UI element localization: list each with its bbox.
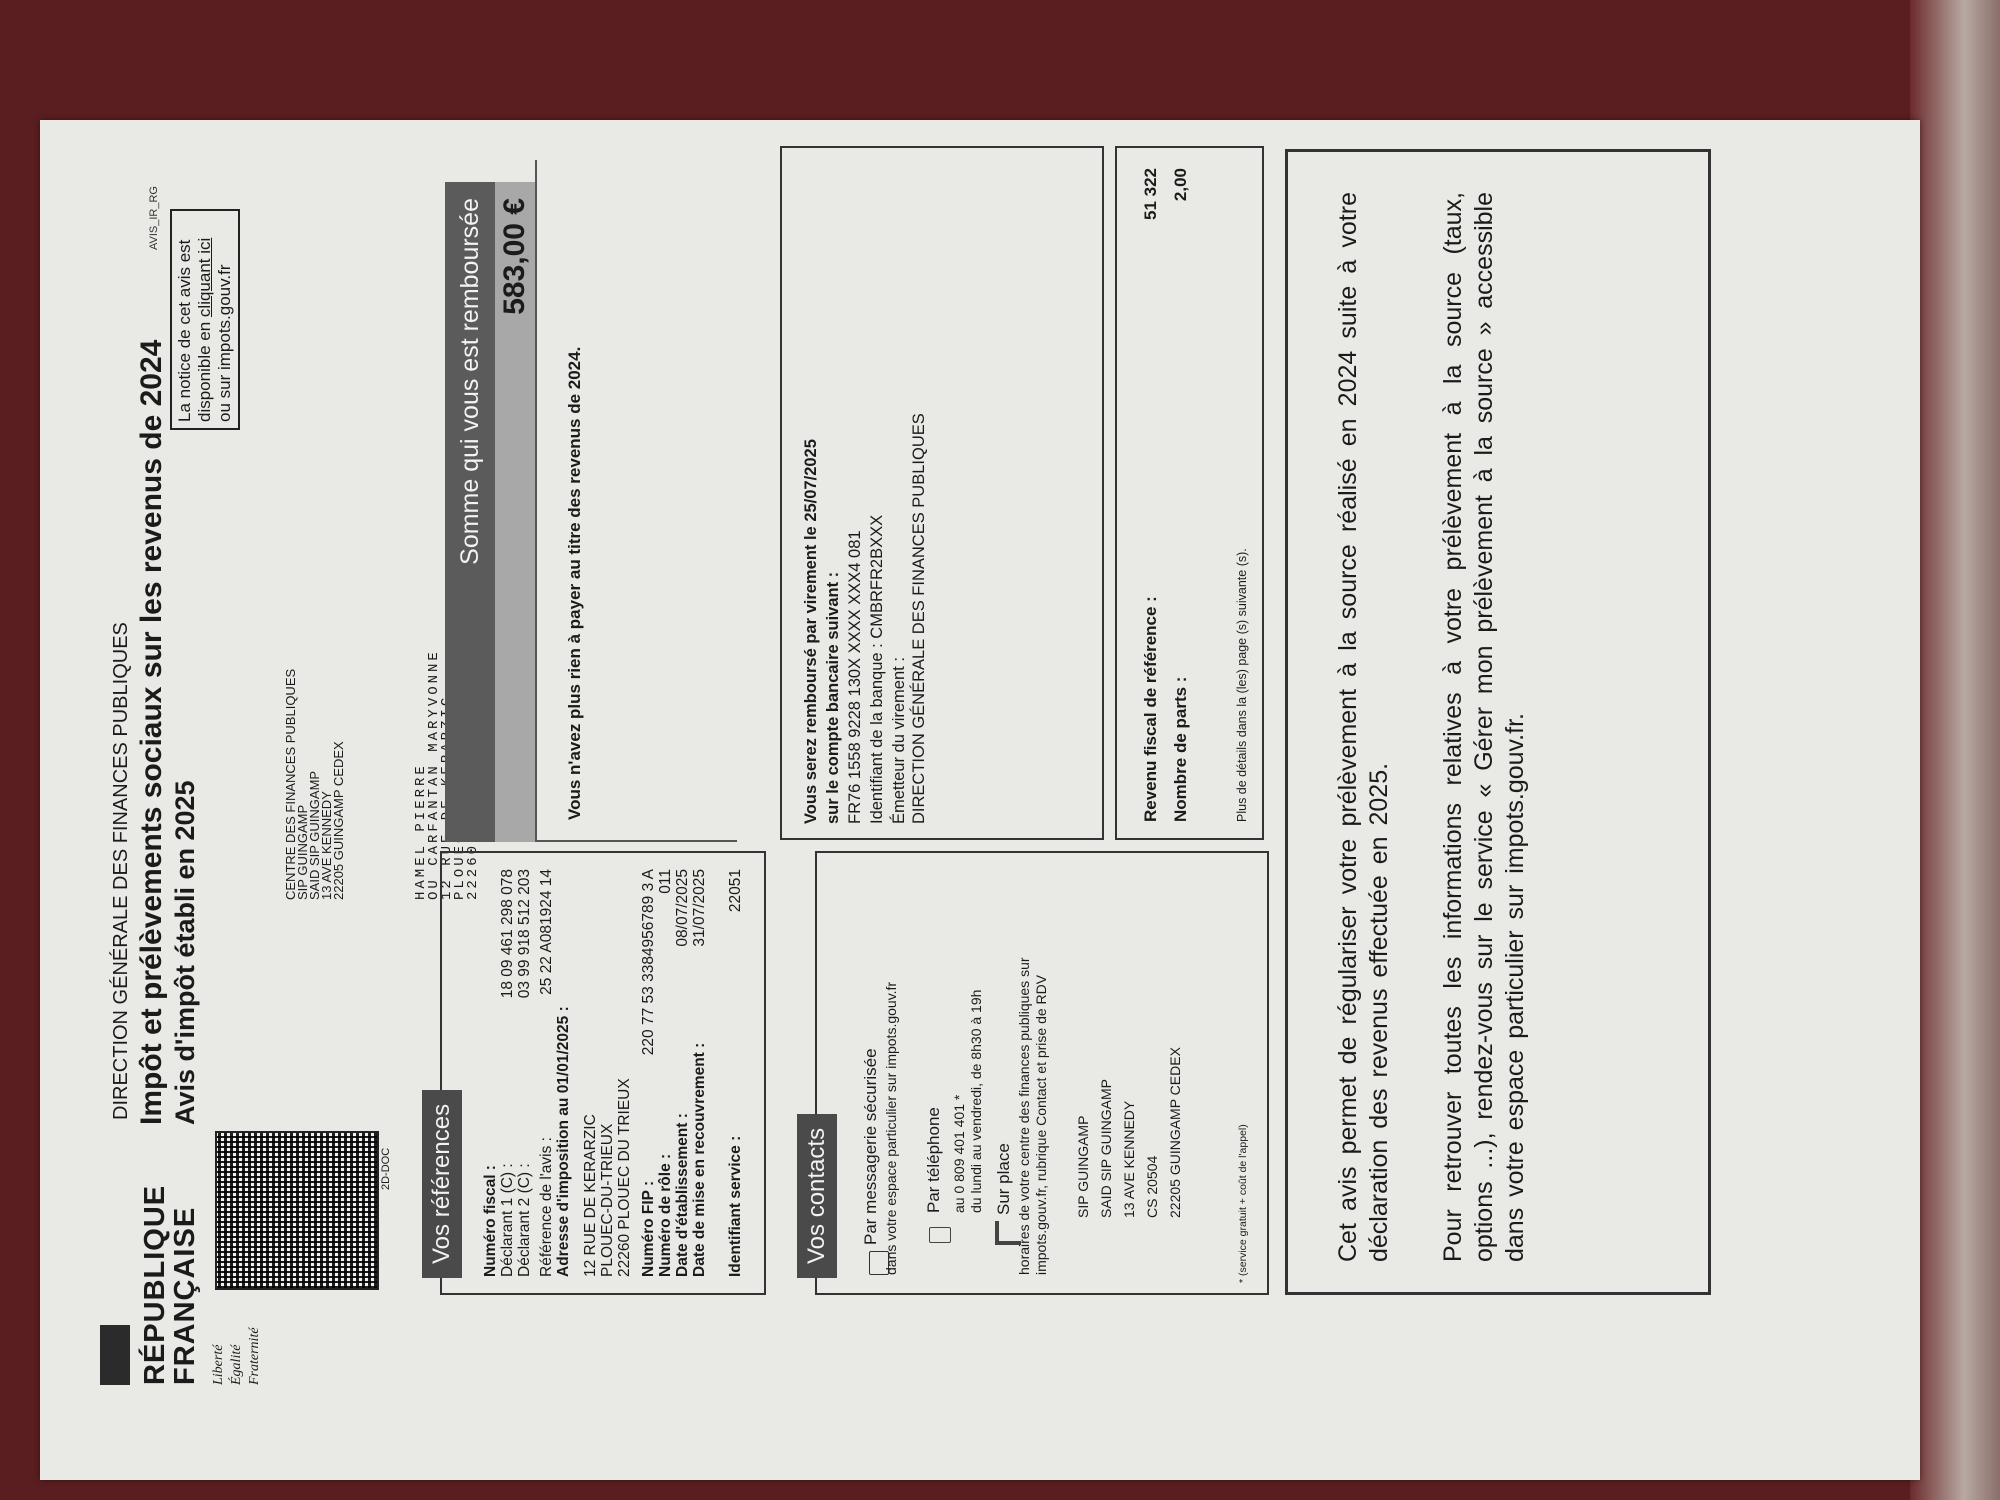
- adresse-line: PLOUEC-DU-TRIEUX: [599, 1124, 616, 1277]
- telephone-number[interactable]: au 0 809 401 401 *: [950, 1095, 968, 1213]
- motto-liberte: Liberté: [210, 1327, 228, 1385]
- marianne-logo-icon: [100, 1325, 130, 1385]
- barcode-label: 2D-DOC: [380, 1148, 392, 1190]
- service-label: Identifiant service :: [727, 1136, 744, 1277]
- office-line: CS 20504: [1141, 1047, 1164, 1218]
- numero-fiscal-label: Numéro fiscal :: [482, 1165, 499, 1277]
- fip-label: Numéro FIP :: [640, 1181, 657, 1277]
- adresse-imposition-label: Adresse d'imposition au 01/01/2025 :: [555, 1006, 572, 1277]
- place-title: Sur place: [995, 1143, 1013, 1215]
- logo-line1: RÉPUBLIQUE: [140, 1185, 170, 1385]
- document-rotated: RÉPUBLIQUE FRANÇAISE Liberté Égalité Fra…: [20, 0, 2000, 1490]
- fip-value: 220 77 53 3384956789 3 A: [640, 869, 657, 1055]
- summary-paragraph-1: Cet avis permet de régulariser votre pré…: [1333, 192, 1395, 1262]
- office-line: 13 AVE KENNEDY: [1118, 1047, 1141, 1218]
- agency-name: DIRECTION GÉNÉRALE DES FINANCES PUBLIQUE…: [110, 622, 133, 1120]
- office-address: SIP GUINGAMP SAID SIP GUINGAMP 13 AVE KE…: [1072, 1047, 1187, 1218]
- 2d-doc-barcode-icon: [215, 1131, 379, 1290]
- iban-value: FR76 1558 9228 130X XXXX XXX4 081: [846, 530, 864, 824]
- transfer-account-text: sur le compte bancaire suivant :: [824, 572, 842, 824]
- notice-line1: La notice de cet avis est: [175, 217, 195, 422]
- document-subtitle: Avis d'impôt établi en 2025: [170, 780, 201, 1125]
- etablissement-value: 08/07/2025: [674, 869, 691, 947]
- contacts-footnote: * (service gratuit + coût de l'appel): [1237, 1124, 1249, 1283]
- transfer-panel: Vous serez remboursé par virement le 25/…: [780, 146, 1104, 840]
- adresse-line: 22260 PLOUEC DU TRIEUX: [616, 1078, 633, 1277]
- office-line: SIP GUINGAMP: [1072, 1047, 1095, 1218]
- motto: Liberté Égalité Fraternité: [210, 1327, 264, 1385]
- parts-label: Nombre de parts :: [1172, 677, 1190, 822]
- notice-link[interactable]: cliquant ici: [195, 238, 214, 317]
- rfr-value: 51 322: [1142, 168, 1160, 220]
- references-title: Vos références: [422, 1090, 462, 1278]
- bank-id: Identifiant de la banque : CMBRFR2BXXX: [868, 515, 886, 824]
- telephone-title: Par téléphone: [925, 1107, 943, 1213]
- telephone-hours: du lundi au vendredi, de 8h30 à 19h: [967, 990, 985, 1213]
- place-text2: impots.gouv.fr, rubrique Contact et pris…: [1032, 975, 1050, 1275]
- rfr-label: Revenu fiscal de référence :: [1142, 596, 1160, 822]
- notice-line2: disponible en cliquant ici: [195, 217, 215, 422]
- nothing-to-pay-text: Vous n'avez plus rien à payer au titre d…: [565, 347, 585, 820]
- summary-box: Cet avis permet de régulariser votre pré…: [1285, 149, 1711, 1295]
- emitter-value: DIRECTION GÉNÉRALE DES FINANCES PUBLIQUE…: [910, 413, 928, 824]
- details-note: Plus de détails dans la (les) page (s) s…: [1235, 548, 1249, 822]
- notice-line3: ou sur impots.gouv.fr: [215, 217, 235, 422]
- form-code: AVIS_IR_RG: [148, 186, 160, 250]
- logo-line2: FRANÇAISE: [170, 1185, 200, 1385]
- summary-paragraph-2: Pour retrouver toutes les informations r…: [1438, 192, 1531, 1262]
- references-panel: Vos références Numéro fiscal : Déclarant…: [440, 851, 766, 1295]
- messagerie-title: Par messagerie sécurisée: [862, 1048, 880, 1245]
- republique-francaise-logo: RÉPUBLIQUE FRANÇAISE: [140, 1185, 200, 1385]
- contacts-panel: Vos contacts Par messagerie sécurisée da…: [815, 851, 1269, 1295]
- motto-fraternite: Fraternité: [246, 1327, 264, 1385]
- adresse-line: 12 RUE DE KERARZIC: [582, 1114, 599, 1277]
- etablissement-label: Date d'établissement :: [674, 1113, 691, 1277]
- recouvrement-label: Date de mise en recouvrement :: [691, 1043, 708, 1277]
- sender-address: CENTRE DES FINANCES PUBLIQUES SIP GUINGA…: [285, 669, 345, 900]
- recouvrement-value: 31/07/2025: [691, 869, 708, 947]
- document-title: Impôt et prélèvements sociaux sur les re…: [135, 340, 169, 1125]
- refund-header: Somme qui vous est remboursée: [445, 182, 495, 842]
- emitter-label: Émetteur du virement :: [890, 657, 908, 824]
- income-panel: Revenu fiscal de référence : 51 322 Nomb…: [1115, 146, 1264, 840]
- office-line: SAID SIP GUINGAMP: [1095, 1047, 1118, 1218]
- declarant2-label: Déclarant 2 (C) :: [516, 1163, 533, 1277]
- declarant2-value: 03 99 918 512 203: [516, 869, 533, 998]
- office-line: 22205 GUINGAMP CEDEX: [1164, 1047, 1187, 1218]
- parts-value: 2,00: [1172, 168, 1190, 201]
- motto-egalite: Égalité: [228, 1327, 246, 1385]
- role-label: Numéro de rôle :: [657, 1154, 674, 1277]
- reference-avis-value: 25 22 A081924 14: [538, 869, 555, 995]
- reference-avis-label: Référence de l'avis :: [538, 1137, 555, 1277]
- place-text1: horaires de votre centre des finances pu…: [1015, 957, 1033, 1275]
- role-value: 011: [657, 869, 674, 894]
- refund-amount: 583,00 €: [495, 182, 535, 842]
- declarant1-value: 18 09 461 298 078: [499, 869, 516, 998]
- contacts-title: Vos contacts: [797, 1114, 837, 1278]
- notice-box: La notice de cet avis est disponible en …: [170, 209, 240, 430]
- phone-icon: [929, 1227, 951, 1243]
- messagerie-text: dans votre espace particulier sur impots…: [882, 982, 900, 1275]
- declarant1-label: Déclarant 1 (C) :: [499, 1163, 516, 1277]
- service-value: 22051: [727, 869, 744, 912]
- transfer-date-text: Vous serez remboursé par virement le 25/…: [802, 439, 820, 824]
- sender-line: 22205 GUINGAMP CEDEX: [333, 669, 345, 900]
- tax-notice-page: RÉPUBLIQUE FRANÇAISE Liberté Égalité Fra…: [40, 120, 1920, 1480]
